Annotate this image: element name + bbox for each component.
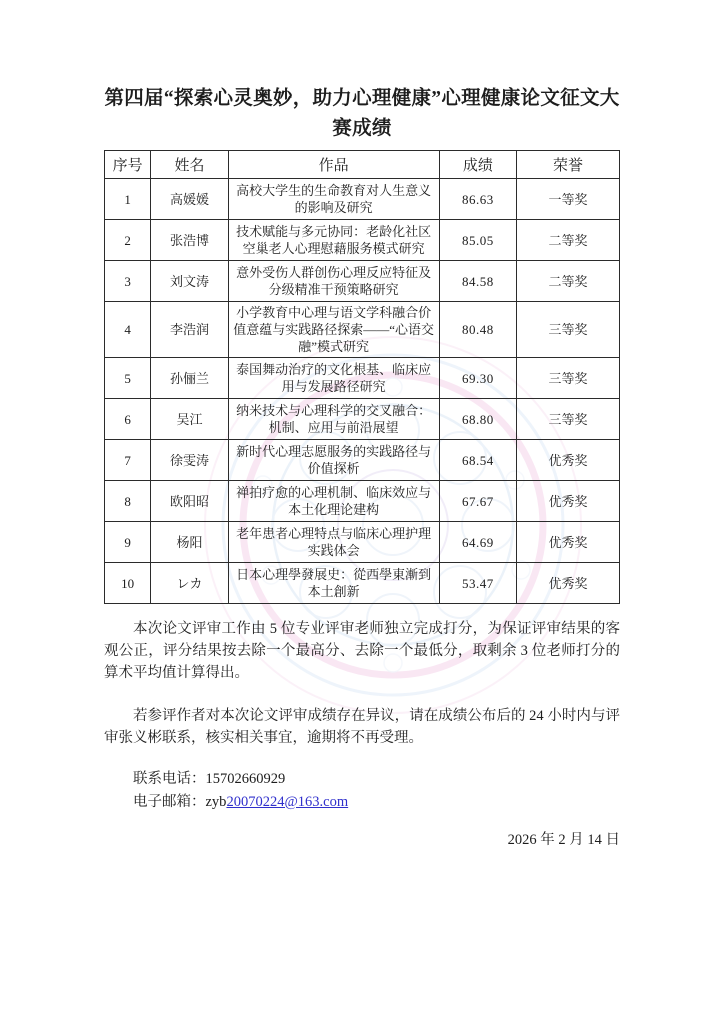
cell-honor: 一等奖 <box>516 179 619 220</box>
table-row: 3刘文涛意外受伤人群创伤心理反应特征及分级精准干预策略研究84.58二等奖 <box>105 261 620 302</box>
date-line: 2026 年 2 月 14 日 <box>104 828 620 849</box>
table-row: 7徐雯涛新时代心理志愿服务的实践路径与价值探析68.54优秀奖 <box>105 440 620 481</box>
cell-score: 64.69 <box>439 522 516 563</box>
column-header: 序号 <box>105 151 151 179</box>
table-row: 4李浩润小学教育中心理与语文学科融合价值意蕴与实践路径探索——“心语交融”模式研… <box>105 302 620 358</box>
contact-phone-line: 联系电话：15702660929 <box>104 768 620 791</box>
cell-name: 吴江 <box>151 399 228 440</box>
cell-honor: 二等奖 <box>516 220 619 261</box>
cell-honor: 优秀奖 <box>516 563 619 604</box>
cell-score: 68.54 <box>439 440 516 481</box>
cell-work: 新时代心理志愿服务的实践路径与价值探析 <box>228 440 439 481</box>
document-content: 第四届“探索心灵奥妙，助力心理健康”心理健康论文征文大赛成绩 序号姓名作品成绩荣… <box>0 0 724 849</box>
table-row: 8欧阳昭禅拍疗愈的心理机制、临床效应与本土化理论建构67.67优秀奖 <box>105 481 620 522</box>
cell-work: 老年患者心理特点与临床心理护理实践体会 <box>228 522 439 563</box>
table-row: 5孙俪兰泰国舞动治疗的文化根基、临床应用与发展路径研究69.30三等奖 <box>105 358 620 399</box>
column-header: 作品 <box>228 151 439 179</box>
cell-score: 69.30 <box>439 358 516 399</box>
table-header-row: 序号姓名作品成绩荣誉 <box>105 151 620 179</box>
table-row: 6吴江纳米技术与心理科学的交叉融合：机制、应用与前沿展望68.80三等奖 <box>105 399 620 440</box>
cell-no: 2 <box>105 220 151 261</box>
cell-no: 7 <box>105 440 151 481</box>
cell-honor: 三等奖 <box>516 358 619 399</box>
paragraph-scoring-method: 本次论文评审工作由 5 位专业评审老师独立完成打分，为保证评审结果的客观公正，评… <box>104 618 620 684</box>
contact-email-line: 电子邮箱：zyb20070224@163.com <box>104 791 620 814</box>
cell-score: 86.63 <box>439 179 516 220</box>
table-row: 2张浩博技术赋能与多元协同：老龄化社区空巢老人心理慰藉服务模式研究85.05二等… <box>105 220 620 261</box>
table-row: 10レカ日本心理學發展史：從西學東漸到本土創新53.47优秀奖 <box>105 563 620 604</box>
cell-honor: 优秀奖 <box>516 522 619 563</box>
cell-honor: 二等奖 <box>516 261 619 302</box>
results-table: 序号姓名作品成绩荣誉 1高媛媛高校大学生的生命教育对人生意义的影响及研究86.6… <box>104 150 620 604</box>
cell-honor: 优秀奖 <box>516 440 619 481</box>
cell-name: 高媛媛 <box>151 179 228 220</box>
cell-name: 欧阳昭 <box>151 481 228 522</box>
cell-no: 3 <box>105 261 151 302</box>
cell-name: 杨阳 <box>151 522 228 563</box>
column-header: 荣誉 <box>516 151 619 179</box>
table-row: 9杨阳老年患者心理特点与临床心理护理实践体会64.69优秀奖 <box>105 522 620 563</box>
document-page: 第四届“探索心灵奥妙，助力心理健康”心理健康论文征文大赛成绩 序号姓名作品成绩荣… <box>0 0 724 1024</box>
cell-name: 徐雯涛 <box>151 440 228 481</box>
cell-name: 孙俪兰 <box>151 358 228 399</box>
cell-honor: 三等奖 <box>516 399 619 440</box>
cell-name: 刘文涛 <box>151 261 228 302</box>
cell-name: 李浩润 <box>151 302 228 358</box>
email-prefix: zyb <box>206 794 227 810</box>
cell-score: 68.80 <box>439 399 516 440</box>
cell-name: レカ <box>151 563 228 604</box>
cell-work: 小学教育中心理与语文学科融合价值意蕴与实践路径探索——“心语交融”模式研究 <box>228 302 439 358</box>
contact-block: 联系电话：15702660929 电子邮箱：zyb20070224@163.co… <box>104 768 620 813</box>
cell-score: 85.05 <box>439 220 516 261</box>
cell-no: 10 <box>105 563 151 604</box>
cell-no: 4 <box>105 302 151 358</box>
column-header: 成绩 <box>439 151 516 179</box>
cell-no: 8 <box>105 481 151 522</box>
cell-honor: 优秀奖 <box>516 481 619 522</box>
cell-honor: 三等奖 <box>516 302 619 358</box>
cell-work: 高校大学生的生命教育对人生意义的影响及研究 <box>228 179 439 220</box>
cell-no: 6 <box>105 399 151 440</box>
cell-work: 日本心理學發展史：從西學東漸到本土創新 <box>228 563 439 604</box>
cell-no: 5 <box>105 358 151 399</box>
email-link[interactable]: 20070224@163.com <box>226 794 348 810</box>
cell-no: 1 <box>105 179 151 220</box>
cell-work: 泰国舞动治疗的文化根基、临床应用与发展路径研究 <box>228 358 439 399</box>
cell-name: 张浩博 <box>151 220 228 261</box>
cell-work: 禅拍疗愈的心理机制、临床效应与本土化理论建构 <box>228 481 439 522</box>
cell-work: 技术赋能与多元协同：老龄化社区空巢老人心理慰藉服务模式研究 <box>228 220 439 261</box>
cell-score: 53.47 <box>439 563 516 604</box>
page-title: 第四届“探索心灵奥妙，助力心理健康”心理健康论文征文大赛成绩 <box>104 84 620 144</box>
cell-no: 9 <box>105 522 151 563</box>
cell-score: 67.67 <box>439 481 516 522</box>
phone-number: 15702660929 <box>206 771 286 787</box>
cell-score: 84.58 <box>439 261 516 302</box>
column-header: 姓名 <box>151 151 228 179</box>
cell-score: 80.48 <box>439 302 516 358</box>
table-row: 1高媛媛高校大学生的生命教育对人生意义的影响及研究86.63一等奖 <box>105 179 620 220</box>
cell-work: 纳米技术与心理科学的交叉融合：机制、应用与前沿展望 <box>228 399 439 440</box>
paragraph-dispute-notice: 若参评作者对本次论文评审成绩存在异议，请在成绩公布后的 24 小时内与评审张义彬… <box>104 705 620 749</box>
email-label: 电子邮箱： <box>133 794 206 810</box>
phone-label: 联系电话： <box>133 771 206 787</box>
cell-work: 意外受伤人群创伤心理反应特征及分级精准干预策略研究 <box>228 261 439 302</box>
